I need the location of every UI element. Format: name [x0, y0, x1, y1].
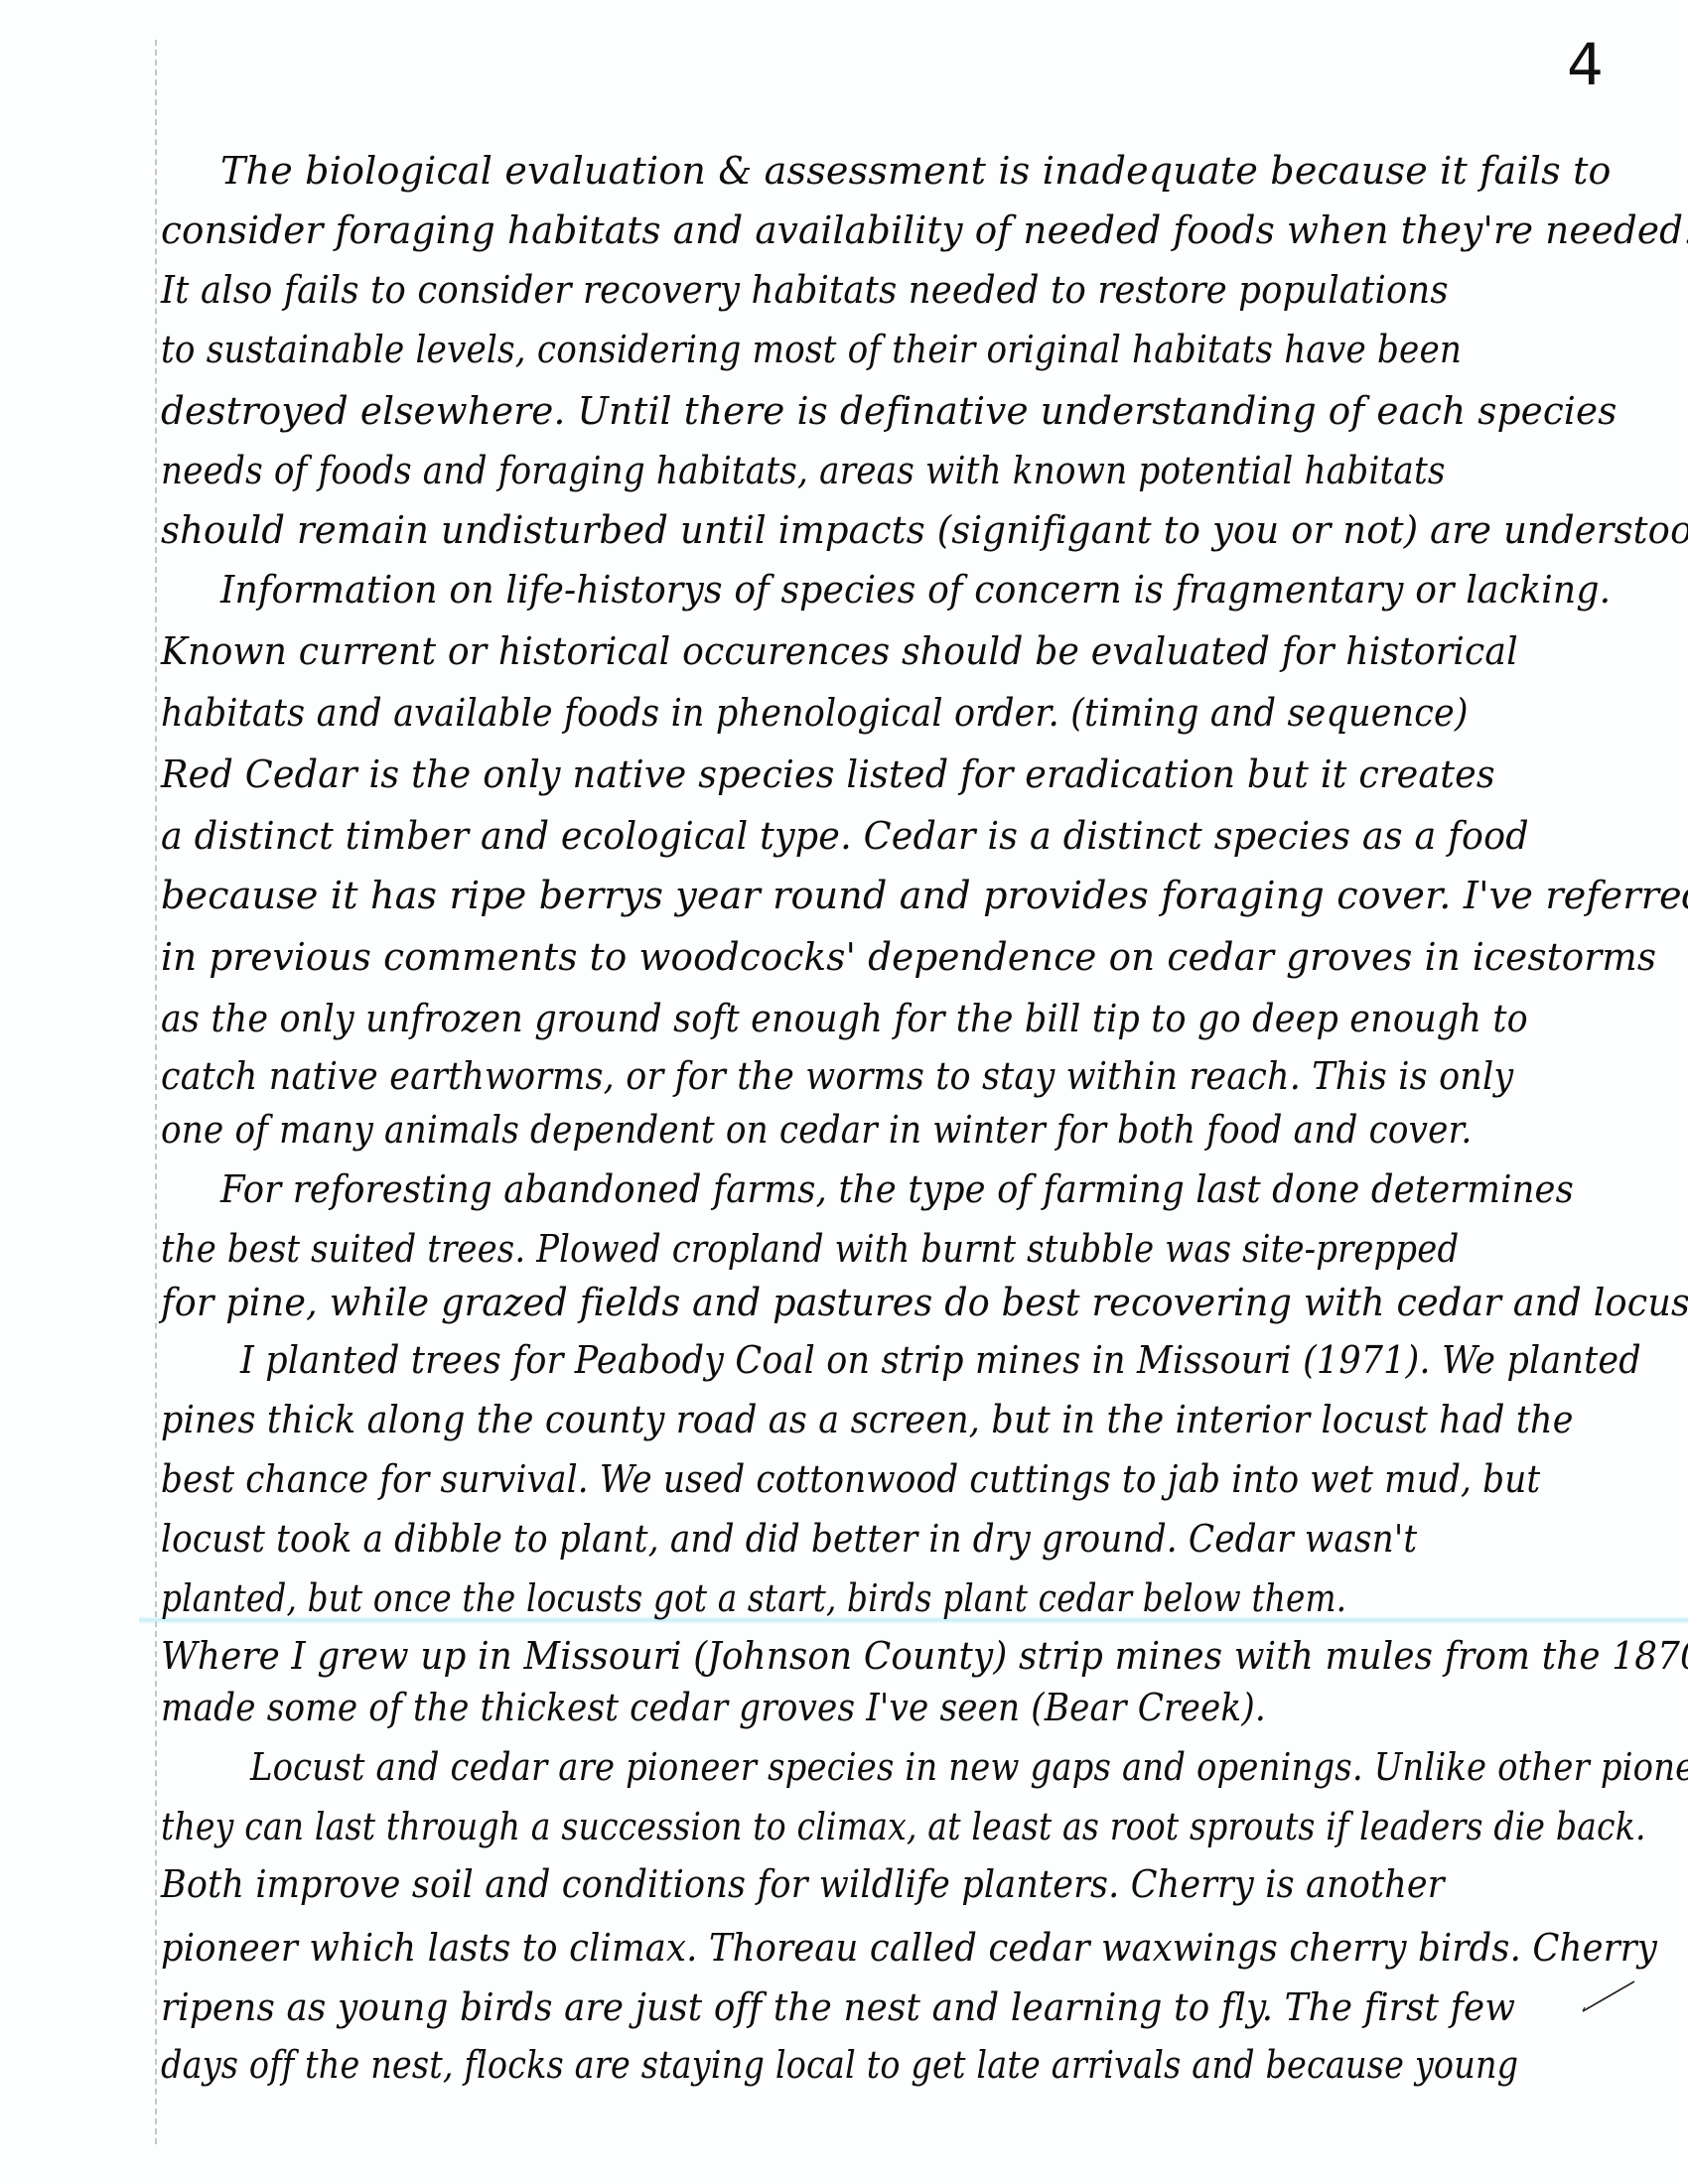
text-line: because it has ripe berrys year round an… — [161, 874, 1688, 917]
text-line: Information on life-historys of species … — [220, 568, 1611, 612]
scanned-page: 4 The biological evaluation & assessment… — [0, 0, 1688, 2184]
text-line: they can last through a succession to cl… — [161, 1805, 1646, 1848]
text-line: It also fails to consider recovery habit… — [161, 268, 1449, 312]
text-line: should remain undisturbed until impacts … — [161, 508, 1688, 552]
text-line: made some of the thickest cedar groves I… — [161, 1686, 1266, 1729]
text-line: Locust and cedar are pioneer species in … — [250, 1745, 1688, 1789]
text-line: the best suited trees. Plowed cropland w… — [161, 1227, 1459, 1271]
text-line: a distinct timber and ecological type. C… — [161, 814, 1529, 858]
text-line: planted, but once the locusts got a star… — [161, 1576, 1346, 1620]
text-line: habitats and available foods in phenolog… — [161, 691, 1469, 735]
text-line: for pine, while grazed fields and pastur… — [161, 1281, 1688, 1324]
text-line: For reforesting abandoned farms, the typ… — [220, 1167, 1574, 1211]
text-line: pines thick along the county road as a s… — [161, 1398, 1574, 1441]
text-line: needs of foods and foraging habitats, ar… — [161, 449, 1446, 492]
text-line: days off the nest, flocks are staying lo… — [161, 2043, 1518, 2087]
text-line: Known current or historical occurences s… — [161, 629, 1518, 673]
text-line: locust took a dibble to plant, and did b… — [161, 1517, 1417, 1561]
text-line: consider foraging habitats and availabil… — [161, 208, 1688, 252]
text-line: pioneer which lasts to climax. Thoreau c… — [161, 1926, 1657, 1970]
pen-stroke-mark — [1579, 1976, 1638, 2015]
left-margin-line — [155, 40, 157, 2144]
text-line: ripens as young birds are just off the n… — [161, 1985, 1515, 2029]
text-line: catch native earthworms, or for the worm… — [161, 1054, 1513, 1098]
text-line: Red Cedar is the only native species lis… — [161, 752, 1495, 796]
text-line: as the only unfrozen ground soft enough … — [161, 997, 1528, 1040]
text-line: I planted trees for Peabody Coal on stri… — [240, 1338, 1641, 1382]
text-line: to sustainable levels, considering most … — [161, 328, 1462, 371]
text-line: The biological evaluation & assessment i… — [220, 149, 1612, 193]
text-line: one of many animals dependent on cedar i… — [161, 1108, 1472, 1152]
text-line: in previous comments to woodcocks' depen… — [161, 935, 1656, 979]
text-line: Both improve soil and conditions for wil… — [161, 1862, 1445, 1906]
text-line: destroyed elsewhere. Until there is defi… — [161, 389, 1618, 433]
text-line: best chance for survival. We used cotton… — [161, 1457, 1540, 1501]
page-number: 4 — [1567, 36, 1604, 93]
text-line: Where I grew up in Missouri (Johnson Cou… — [161, 1634, 1688, 1678]
